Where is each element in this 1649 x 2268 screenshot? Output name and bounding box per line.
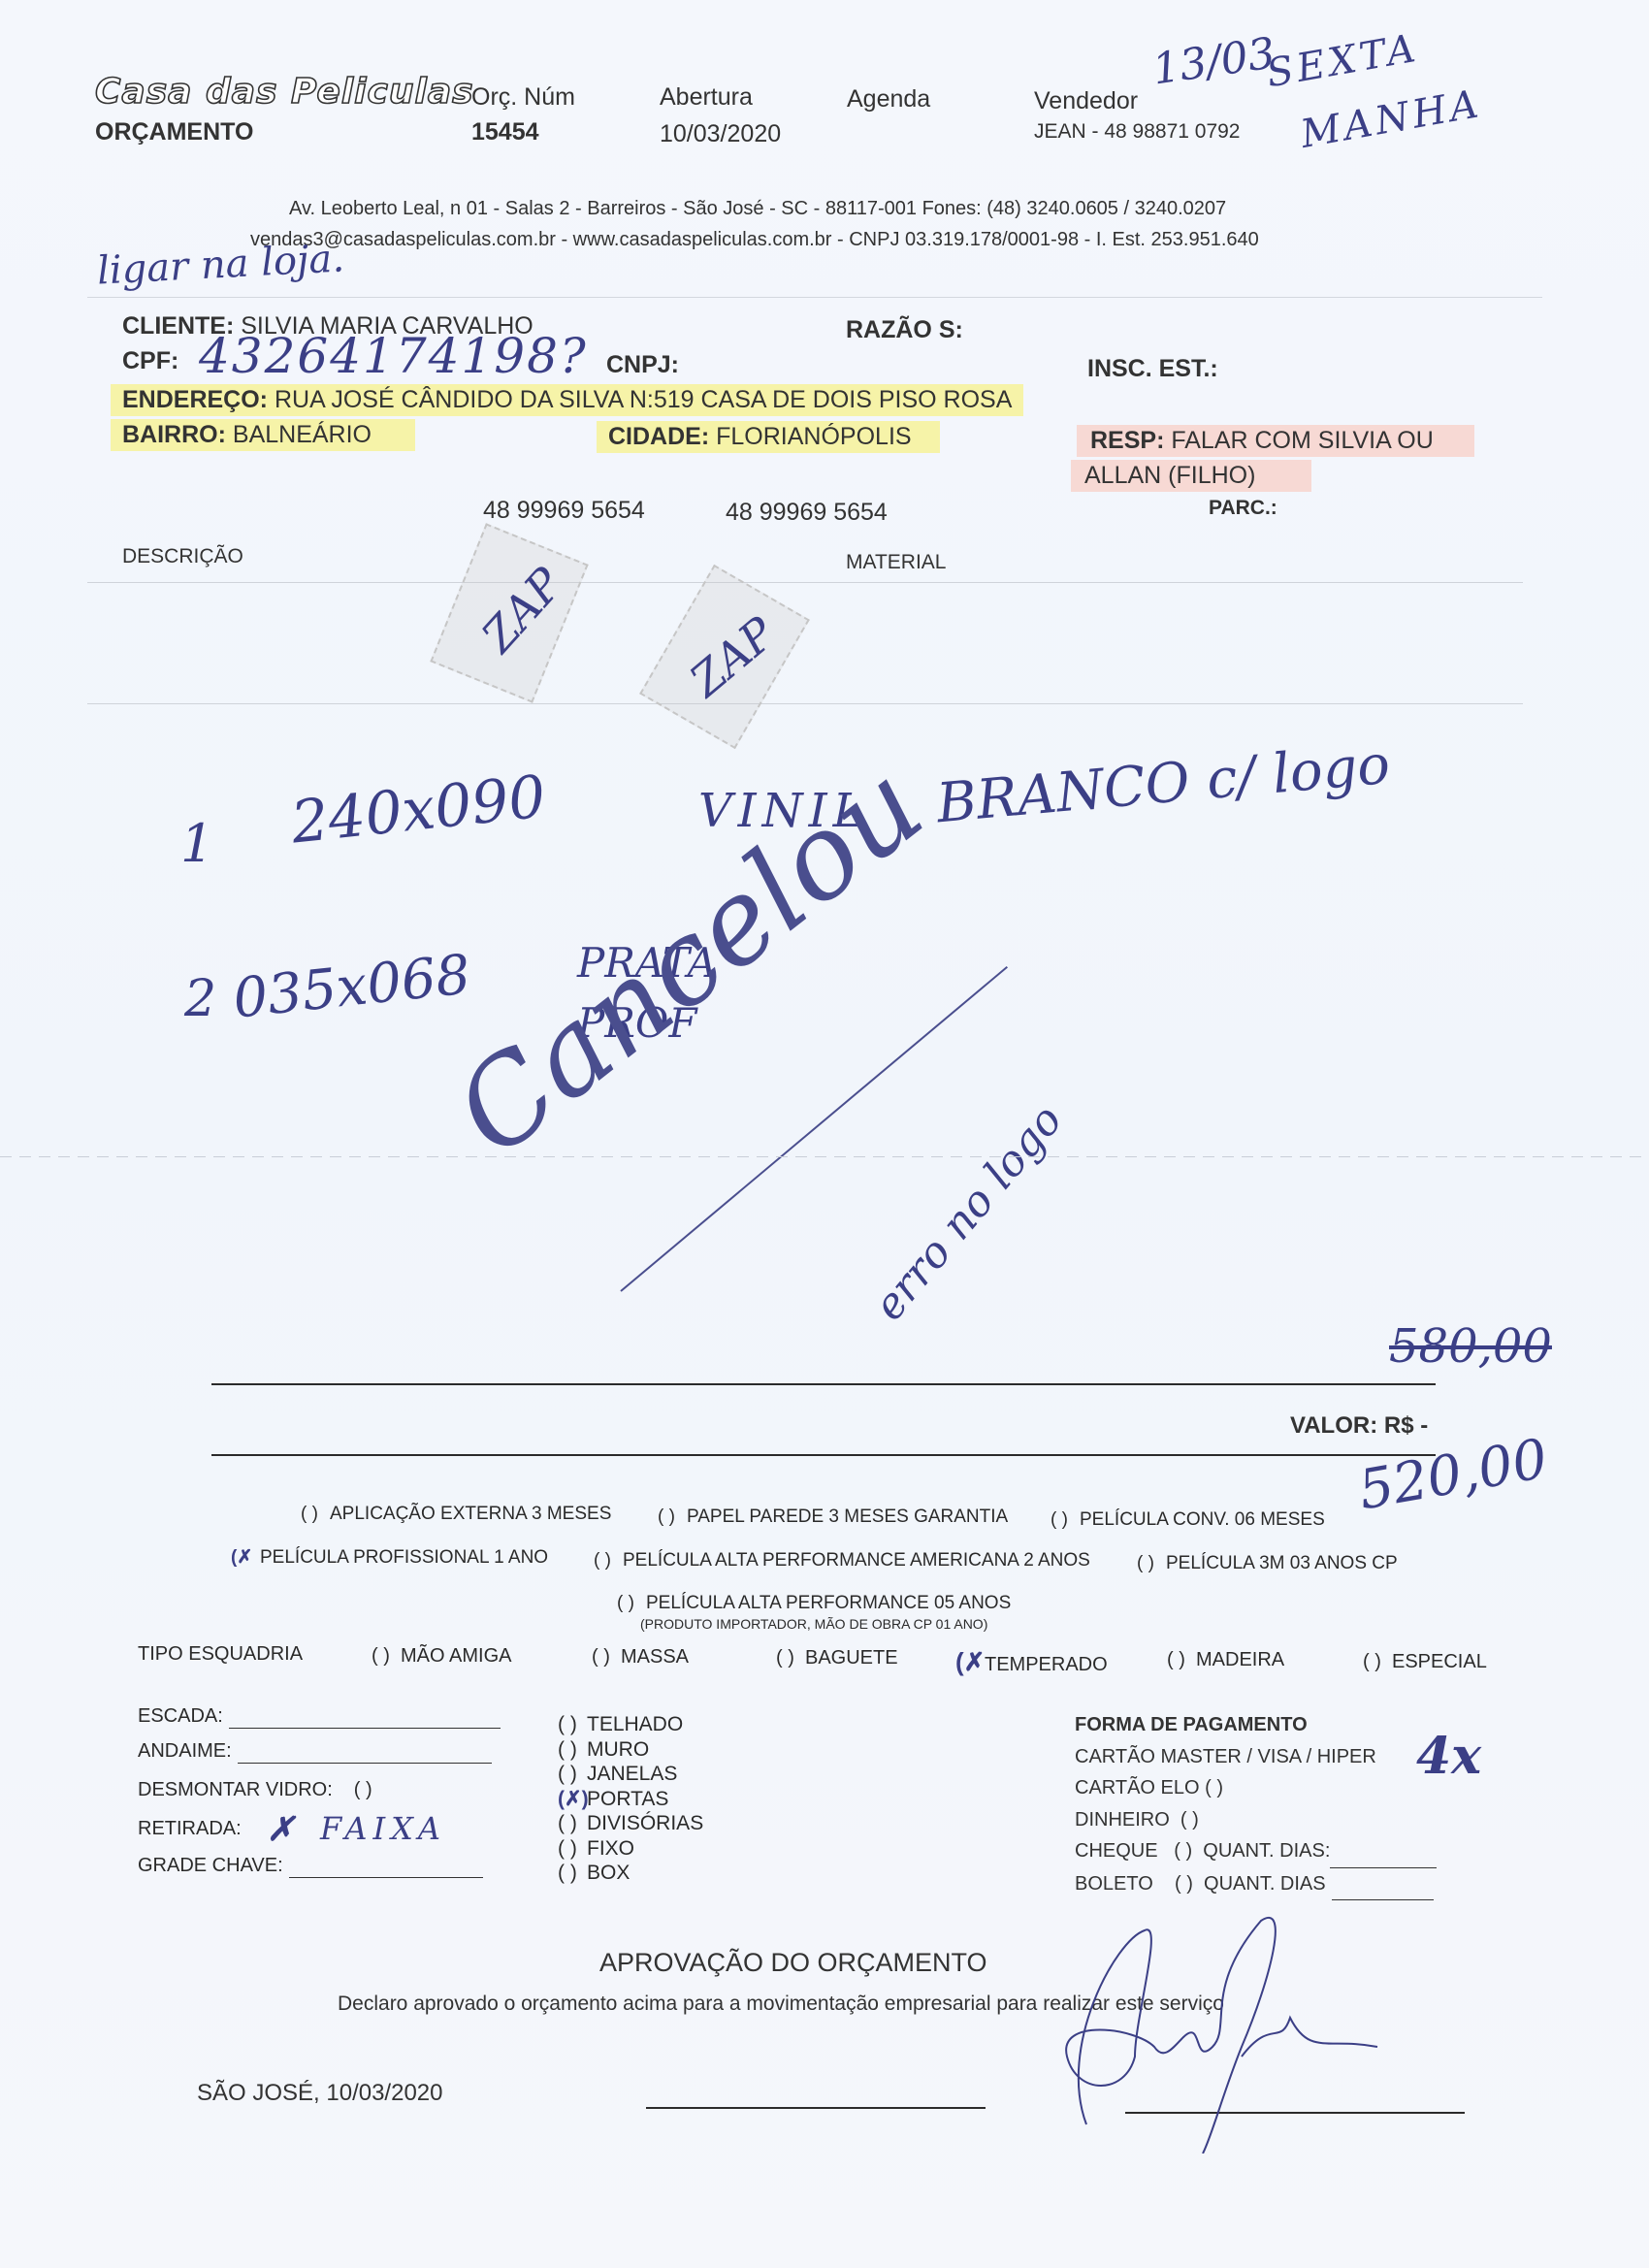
andaime-input[interactable] [238, 1740, 492, 1764]
checkbox[interactable]: ( ) [1205, 1777, 1223, 1798]
esquadria-option[interactable]: ( )BAGUETE [776, 1647, 898, 1669]
parc-label: PARC.: [1209, 497, 1277, 520]
divider [87, 582, 1523, 583]
descricao-header: DESCRIÇÃO [122, 545, 243, 568]
payment-option-elo[interactable]: CARTÃO ELO ( ) [1075, 1772, 1437, 1804]
location-option[interactable]: ( )DIVISÓRIAS [558, 1811, 703, 1836]
warranty-option-note: (PRODUTO IMPORTADOR, MÃO DE OBRA CP 01 A… [640, 1616, 987, 1632]
total-rule [211, 1454, 1436, 1456]
checkbox[interactable]: ( ) [558, 1836, 587, 1862]
esquadria-option[interactable]: ( )MÃO AMIGA [372, 1645, 511, 1668]
checkbox[interactable]: ( ) [592, 1646, 621, 1669]
retirada-value: FAIXA [320, 1810, 446, 1847]
checkbox[interactable]: ( ) [1175, 1873, 1193, 1895]
cnpj-label: CNPJ: [606, 351, 679, 379]
checkbox[interactable]: ( ) [1167, 1649, 1196, 1671]
payment-section: FORMA DE PAGAMENTO CARTÃO MASTER / VISA … [1075, 1709, 1437, 1900]
checkbox[interactable]: ( ) [658, 1507, 687, 1528]
bairro-value: BALNEÁRIO [233, 421, 372, 448]
approval-title: APROVAÇÃO DO ORÇAMENTO [599, 1948, 987, 1978]
grade-chave-input[interactable] [289, 1855, 483, 1878]
escada-field[interactable]: ESCADA: [138, 1705, 501, 1729]
checkbox[interactable]: ( ) [594, 1550, 623, 1571]
agenda-label: Agenda [847, 85, 930, 113]
company-address: Av. Leoberto Leal, n 01 - Salas 2 - Barr… [289, 198, 1226, 220]
endereco-label: ENDEREÇO: [122, 386, 268, 413]
retirada-label: RETIRADA: [138, 1818, 242, 1840]
location-option[interactable]: ( )TELHADO [558, 1712, 703, 1737]
card-installments-note: 4x [1416, 1727, 1481, 1786]
checkbox[interactable]: ( ) [1137, 1553, 1166, 1574]
location-option[interactable]: ( )JANELAS [558, 1762, 703, 1787]
location-list: ( )TELHADO ( )MURO ( )JANELAS (✗)PORTAS … [558, 1712, 703, 1886]
warranty-option[interactable]: ( )PELÍCULA CONV. 06 MESES [1051, 1509, 1325, 1531]
checkbox-checked[interactable]: (✗ [955, 1647, 985, 1677]
warranty-option[interactable]: ( )PAPEL PAREDE 3 MESES GARANTIA [658, 1507, 1008, 1528]
grade-chave-field[interactable]: GRADE CHAVE: [138, 1855, 483, 1878]
material-header: MATERIAL [846, 551, 946, 574]
document-type: ORÇAMENTO [95, 118, 253, 146]
desmontar-field[interactable]: DESMONTAR VIDRO:( ) [138, 1779, 372, 1801]
abertura-value: 10/03/2020 [660, 120, 781, 148]
bairro-field: BAIRRO: BALNEÁRIO [111, 419, 415, 451]
company-contact: vendas3@casadaspeliculas.com.br - www.ca… [250, 229, 1259, 251]
client-signature [1018, 1901, 1426, 2154]
checkbox[interactable]: ( ) [776, 1647, 805, 1669]
location-option[interactable]: ( )FIXO [558, 1836, 703, 1862]
warranty-option-checked[interactable]: (✗PELÍCULA PROFISSIONAL 1 ANO [231, 1546, 548, 1569]
company-logo: Casa das Peliculas [95, 72, 474, 112]
retirada-check: ✗ [267, 1810, 295, 1849]
divider [87, 703, 1523, 704]
resp-value-line2: ALLAN (FILHO) [1071, 460, 1311, 492]
divider [87, 297, 1542, 298]
checkbox[interactable]: ( ) [301, 1504, 330, 1525]
total-rule [211, 1383, 1436, 1385]
struck-value: 580,00 [1389, 1319, 1552, 1374]
desmontar-checkbox[interactable]: ( ) [354, 1779, 372, 1800]
checkbox[interactable]: ( ) [558, 1861, 587, 1886]
resp-label: RESP: [1090, 427, 1164, 454]
checkbox[interactable]: ( ) [1363, 1651, 1392, 1673]
payment-title: FORMA DE PAGAMENTO [1075, 1709, 1437, 1741]
payment-option-card[interactable]: CARTÃO MASTER / VISA / HIPER [1075, 1741, 1437, 1773]
phone-1: 48 99969 5654 [483, 497, 645, 525]
endereco-field: ENDEREÇO: RUA JOSÉ CÂNDIDO DA SILVA N:51… [111, 384, 1023, 416]
cidade-label: CIDADE: [608, 423, 709, 450]
item-1-qty: 1 [180, 813, 213, 874]
phone-2: 48 99969 5654 [726, 499, 888, 527]
esquadria-label: TIPO ESQUADRIA [138, 1643, 303, 1666]
checkbox[interactable]: ( ) [1174, 1840, 1192, 1862]
esquadria-option-checked[interactable]: (✗TEMPERADO [955, 1647, 1108, 1677]
checkbox[interactable]: ( ) [1180, 1809, 1199, 1831]
resp-field: RESP: FALAR COM SILVIA OU [1077, 425, 1474, 457]
location-option[interactable]: ( )MURO [558, 1737, 703, 1763]
orc-num-value: 15454 [471, 118, 539, 146]
payment-option-dinheiro[interactable]: DINHEIRO ( ) [1075, 1804, 1437, 1836]
warranty-option[interactable]: ( )PELÍCULA ALTA PERFORMANCE 05 ANOS [617, 1593, 1011, 1614]
cidade-value: FLORIANÓPOLIS [716, 423, 911, 450]
paper-fold [0, 1156, 1649, 1157]
warranty-option[interactable]: ( )PELÍCULA ALTA PERFORMANCE AMERICANA 2… [594, 1550, 1090, 1571]
checkbox[interactable]: ( ) [558, 1811, 587, 1836]
resp-value-line1: FALAR COM SILVIA OU [1171, 427, 1433, 454]
abertura-label: Abertura [660, 83, 753, 112]
payment-option-boleto[interactable]: BOLETO ( ) QUANT. DIAS [1075, 1868, 1437, 1901]
razao-label: RAZÃO S: [846, 316, 963, 344]
checkbox[interactable]: ( ) [372, 1645, 401, 1668]
valor-label: VALOR: R$ - [1290, 1412, 1428, 1440]
insc-est-label: INSC. EST.: [1087, 355, 1218, 383]
checkbox[interactable]: ( ) [1051, 1509, 1080, 1531]
vendedor-value: JEAN - 48 98871 0792 [1034, 120, 1240, 144]
checkbox-checked[interactable]: (✗ [231, 1546, 260, 1569]
andaime-field[interactable]: ANDAIME: [138, 1740, 492, 1764]
esquadria-option[interactable]: ( )MASSA [592, 1646, 689, 1669]
boleto-days-input[interactable] [1332, 1868, 1434, 1901]
cpf-value: 43264174198? [199, 328, 588, 384]
cpf-label: CPF: [122, 347, 178, 375]
location-option[interactable]: ( )BOX [558, 1861, 703, 1886]
cheque-days-input[interactable] [1330, 1835, 1437, 1868]
esquadria-option[interactable]: ( )ESPECIAL [1363, 1651, 1487, 1673]
payment-option-cheque[interactable]: CHEQUE ( ) QUANT. DIAS: [1075, 1835, 1437, 1868]
checkbox[interactable]: ( ) [558, 1712, 587, 1737]
warranty-option[interactable]: ( )APLICAÇÃO EXTERNA 3 MESES [301, 1504, 611, 1525]
item-2-qty: 2 [184, 970, 216, 1028]
signature-line-company[interactable] [646, 2107, 986, 2109]
checkbox[interactable]: ( ) [558, 1737, 587, 1763]
checkbox[interactable]: ( ) [617, 1593, 646, 1614]
place-date: SÃO JOSÉ, 10/03/2020 [197, 2080, 443, 2107]
esquadria-option[interactable]: ( )MADEIRA [1167, 1649, 1284, 1671]
bairro-label: BAIRRO: [122, 421, 226, 448]
endereco-value: RUA JOSÉ CÂNDIDO DA SILVA N:519 CASA DE … [275, 386, 1012, 413]
location-option-checked[interactable]: (✗)PORTAS [558, 1787, 703, 1812]
orc-num-label: Orç. Núm [471, 83, 575, 112]
vendedor-label: Vendedor [1034, 87, 1138, 115]
escada-input[interactable] [229, 1705, 501, 1729]
cidade-field: CIDADE: FLORIANÓPOLIS [597, 421, 940, 453]
checkbox[interactable]: ( ) [558, 1762, 587, 1787]
warranty-option[interactable]: ( )PELÍCULA 3M 03 ANOS CP [1137, 1553, 1398, 1574]
checkbox-checked[interactable]: (✗) [558, 1787, 587, 1812]
